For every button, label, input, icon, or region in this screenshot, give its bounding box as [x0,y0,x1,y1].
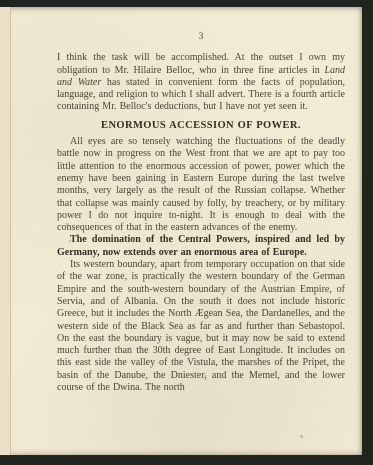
book-page: 3 I think the task will be accomplished.… [0,7,362,455]
section-heading: ENORMOUS ACCESSION OF POWER. [57,120,345,132]
opening-paragraph-text-start: I think the task will be accomplished. A… [57,52,345,75]
page-content: 3 I think the task will be accomplished.… [57,31,345,394]
paragraph-boundaries: Its western boundary, apart from tempora… [57,259,345,394]
page-edge-strip [0,7,10,455]
paragraph-accession-of-power: All eyes are so tensely watching the flu… [57,136,345,234]
paper-speck [300,435,303,438]
photo-frame: 3 I think the task will be accomplished.… [0,0,373,465]
page-edge-crease [10,7,11,455]
paragraph-domination-bold: The domination of the Central Powers, in… [57,234,345,259]
opening-paragraph: I think the task will be accomplished. A… [57,52,345,113]
opening-paragraph-text-end: has stated in convenient form the facts … [57,77,345,113]
page-number: 3 [57,31,345,43]
